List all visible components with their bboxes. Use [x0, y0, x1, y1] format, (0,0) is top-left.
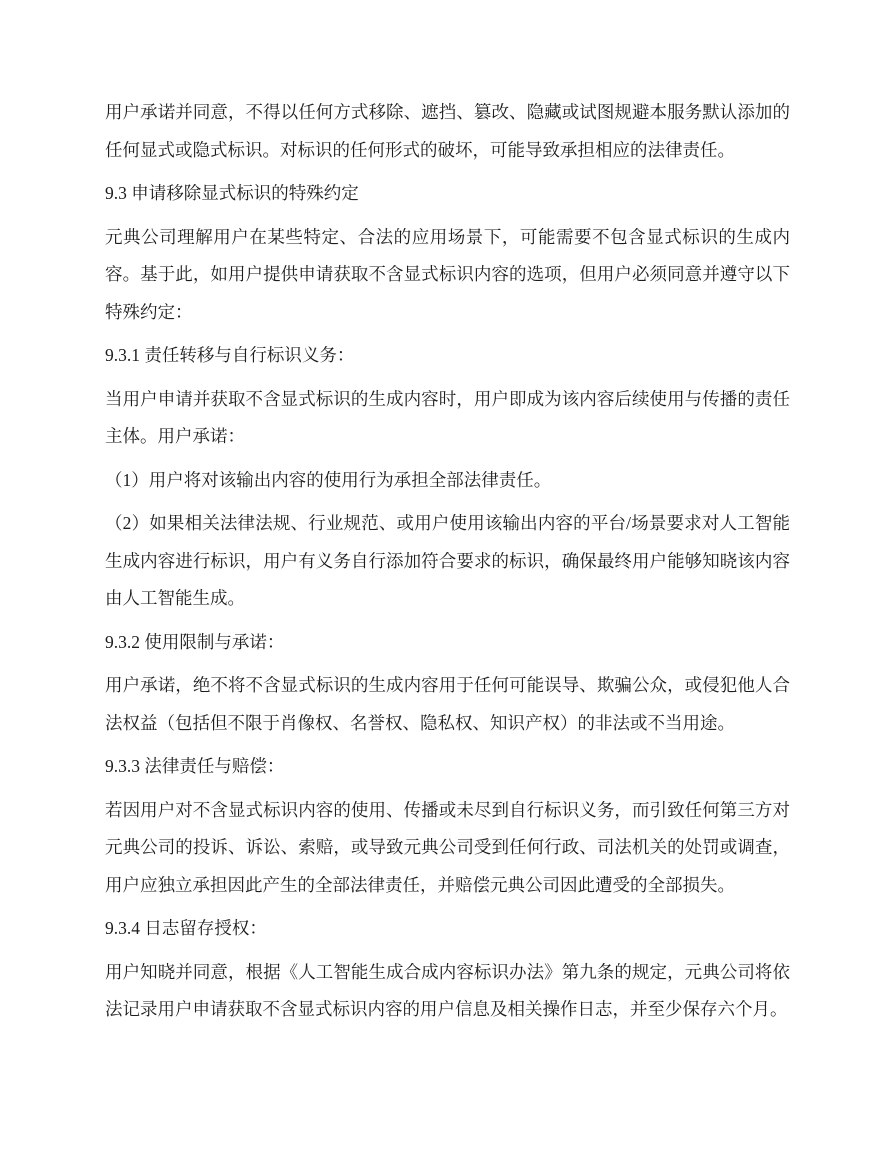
paragraph-9-3-3-body: 若因用户对不含显式标识内容的使用、传播或未尽到自行标识义务，而引致任何第三方对元… [105, 792, 790, 905]
subsection-heading-9-3-3: 9.3.3 法律责任与赔偿： [105, 748, 790, 786]
document-content: 用户承诺并同意，不得以任何方式移除、遮挡、篡改、隐藏或试图规避本服务默认添加的任… [0, 0, 892, 1029]
list-item-2: （2）如果相关法律法规、行业规范、或用户使用该输出内容的平台/场景要求对人工智能… [105, 505, 790, 618]
paragraph-9-3-4-body: 用户知晓并同意，根据《人工智能生成合成内容标识办法》第九条的规定，元典公司将依法… [105, 954, 790, 1029]
paragraph-9-3-intro: 元典公司理解用户在某些特定、合法的应用场景下，可能需要不包含显式标识的生成内容。… [105, 219, 790, 332]
list-item-1: （1）用户将对该输出内容的使用行为承担全部法律责任。 [105, 462, 790, 500]
section-heading-9-3: 9.3 申请移除显式标识的特殊约定 [105, 175, 790, 213]
paragraph-9-3-1-body: 当用户申请并获取不含显式标识的生成内容时，用户即成为该内容后续使用与传播的责任主… [105, 381, 790, 456]
subsection-heading-9-3-1: 9.3.1 责任转移与自行标识义务： [105, 337, 790, 375]
paragraph-9-3-2-body: 用户承诺，绝不将不含显式标识的生成内容用于任何可能误导、欺骗公众，或侵犯他人合法… [105, 667, 790, 742]
document-page: 用户承诺并同意，不得以任何方式移除、遮挡、篡改、隐藏或试图规避本服务默认添加的任… [0, 0, 892, 1155]
subsection-heading-9-3-2: 9.3.2 使用限制与承诺： [105, 624, 790, 662]
paragraph-label-removal-prohibition: 用户承诺并同意，不得以任何方式移除、遮挡、篡改、隐藏或试图规避本服务默认添加的任… [105, 94, 790, 169]
subsection-heading-9-3-4: 9.3.4 日志留存授权： [105, 910, 790, 948]
